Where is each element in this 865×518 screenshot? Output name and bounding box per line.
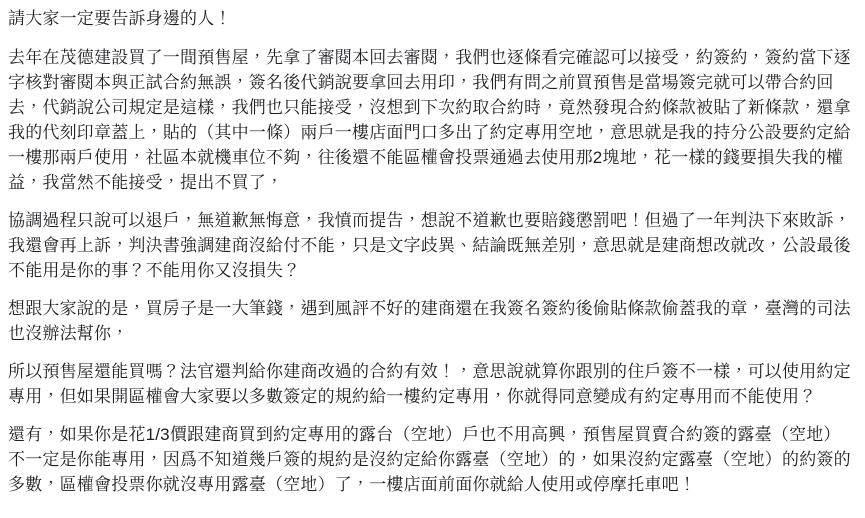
post-paragraph-4: 所以預售屋還能買嗎？法官還判給你建商改過的合約有效！，意思說就算你跟別的住戶簽不… bbox=[8, 359, 855, 409]
post-paragraph-1: 去年在茂德建設買了一間預售屋，先拿了審閱本回去審閱，我們也逐條看完確認可以接受，… bbox=[8, 45, 855, 195]
post-paragraph-2: 協調過程只說可以退戶，無道歉無悔意，我憤而提告，想說不道歉也要賠錢懲罰吧！但過了… bbox=[8, 208, 855, 283]
post-page: 請大家一定要告訴身邊的人！ 去年在茂德建設買了一間預售屋，先拿了審閱本回去審閱，… bbox=[0, 0, 865, 518]
post-paragraph-3: 想跟大家說的是，買房子是一大筆錢，遇到風評不好的建商還在我簽名簽約後偷貼條款偷蓋… bbox=[8, 296, 855, 346]
post-body: 請大家一定要告訴身邊的人！ 去年在茂德建設買了一間預售屋，先拿了審閱本回去審閱，… bbox=[8, 6, 855, 497]
post-paragraph-5: 還有，如果你是花1/3價跟建商買到約定專用的露台（空地）戶也不用高興，預售屋買賣… bbox=[8, 422, 855, 497]
post-title: 請大家一定要告訴身邊的人！ bbox=[8, 6, 855, 31]
